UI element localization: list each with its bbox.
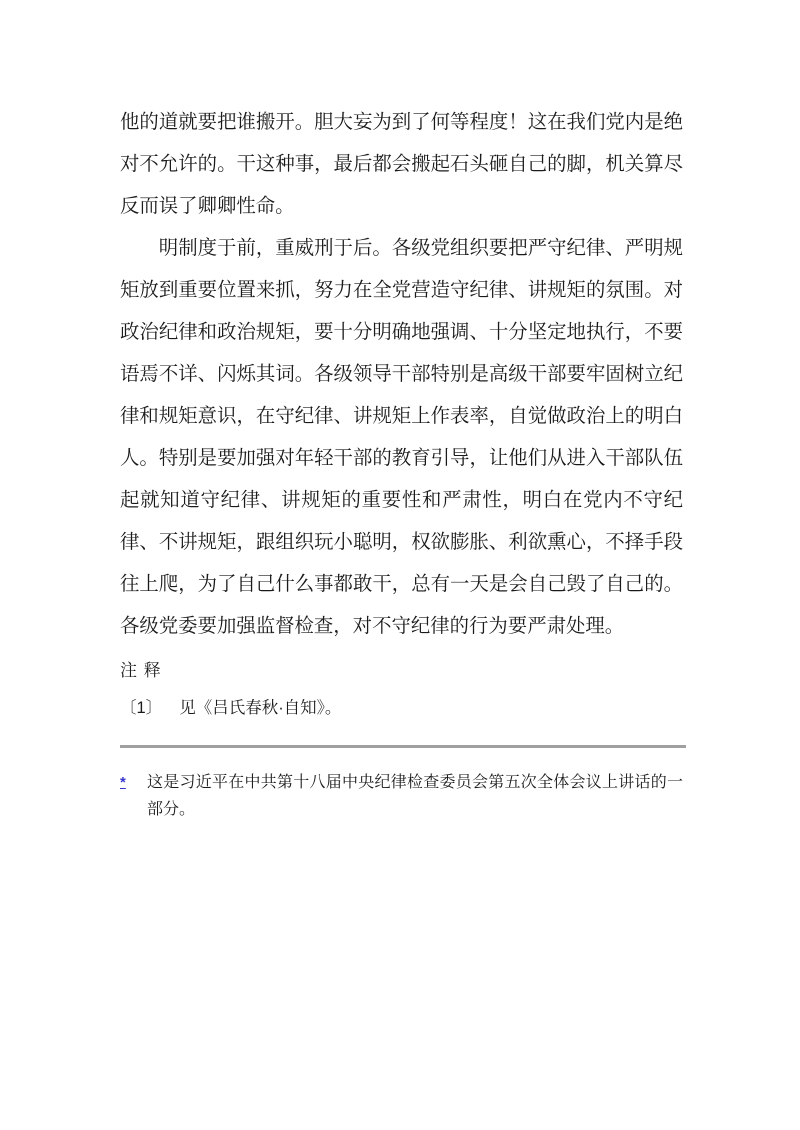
body-paragraph-2: 明制度于前，重威刑于后。各级党组织要把严守纪律、严明规矩放到重要位置来抓，努力在… — [120, 227, 683, 647]
footnote-marker-column: * — [120, 769, 147, 796]
body-paragraph-1: 他的道就要把谁搬开。胆大妄为到了何等程度！这在我们党内是绝对不允许的。干这种事，… — [120, 101, 683, 227]
footnote-text: 这是习近平在中共第十八届中央纪律检查委员会第五次全体会议上讲话的一部分。 — [147, 769, 683, 823]
section-divider — [120, 745, 686, 748]
document-page: 他的道就要把谁搬开。胆大妄为到了何等程度！这在我们党内是绝对不允许的。干这种事，… — [0, 0, 800, 1130]
note-item: 〔1〕见《吕氏春秋·自知》。 — [120, 697, 683, 719]
footnote-asterisk-link[interactable]: * — [120, 774, 126, 791]
note-text: 见《吕氏春秋·自知》。 — [179, 699, 341, 717]
notes-heading: 注 释 — [120, 660, 683, 682]
footnote: * 这是习近平在中共第十八届中央纪律检查委员会第五次全体会议上讲话的一部分。 — [120, 769, 683, 823]
note-marker: 〔1〕 — [120, 699, 162, 717]
page-content: 他的道就要把谁搬开。胆大妄为到了何等程度！这在我们党内是绝对不允许的。干这种事，… — [0, 0, 800, 823]
